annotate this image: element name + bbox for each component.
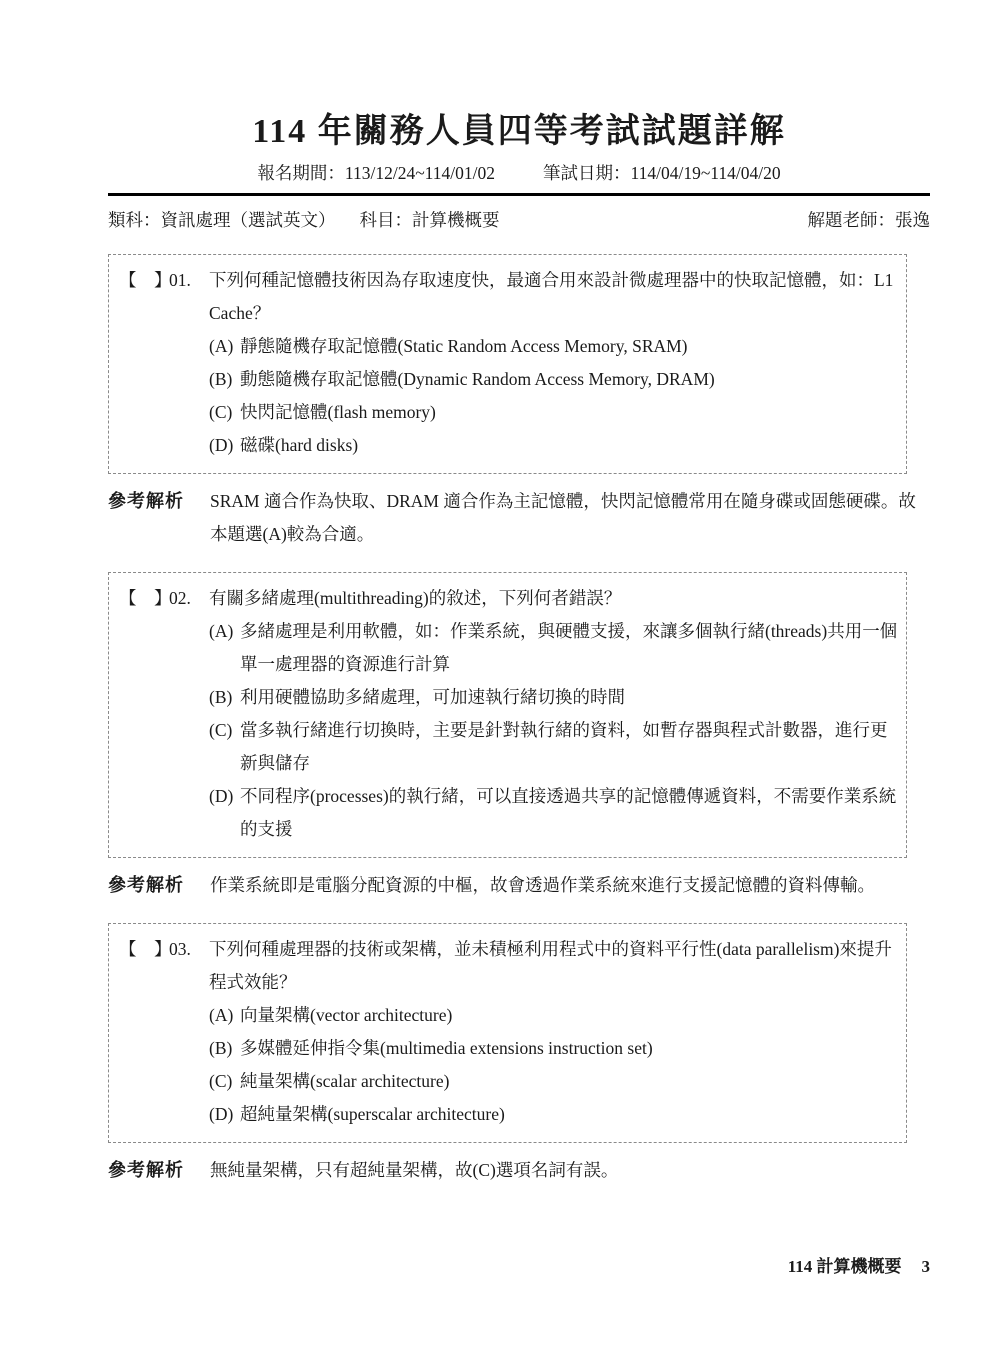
option-text: 當多執行緒進行切換時，主要是針對執行緒的資料，如暫存器與程式計數器，進行更新與儲… (240, 714, 898, 780)
page-footer: 114 計算機概要 3 (788, 1252, 930, 1277)
question-stem: 下列何種記憶體技術因為存取速度快，最適合用來設計微處理器中的快取記憶體，如：L1… (209, 264, 898, 330)
exam-dates-row: 報名期間：113/12/24~114/01/02 筆試日期：114/04/19~… (108, 160, 930, 186)
option-text: 超純量架構(superscalar architecture) (240, 1098, 898, 1131)
option-label: (A) (209, 999, 240, 1032)
option-text: 動態隨機存取記憶體(Dynamic Random Access Memory, … (240, 363, 898, 396)
option-label: (C) (209, 714, 240, 780)
footer-subject-label: 114 計算機概要 (788, 1252, 902, 1277)
answer-bracket: 【 】 (119, 933, 169, 999)
option-row: (C) 快閃記憶體(flash memory) (119, 396, 898, 429)
analysis-block-02: 參考解析 作業系統即是電腦分配資源的中樞，故會透過作業系統來進行支援記憶體的資料… (108, 869, 920, 902)
question-stem-row: 【 】 02. 有關多緒處理(multithreading)的敘述，下列何者錯誤… (119, 582, 898, 615)
option-text: 不同程序(processes)的執行緒，可以直接透過共享的記憶體傳遞資料，不需要… (240, 780, 898, 846)
option-text: 靜態隨機存取記憶體(Static Random Access Memory, S… (240, 330, 898, 363)
option-label: (D) (209, 780, 240, 846)
question-box-01: 【 】 01. 下列何種記憶體技術因為存取速度快，最適合用來設計微處理器中的快取… (108, 254, 907, 474)
option-text: 向量架構(vector architecture) (240, 999, 898, 1032)
option-label: (D) (209, 1098, 240, 1131)
analysis-text: 作業系統即是電腦分配資源的中樞，故會透過作業系統來進行支援記憶體的資料傳輸。 (210, 869, 920, 902)
question-stem-row: 【 】 03. 下列何種處理器的技術或架構，並未積極利用程式中的資料平行性(da… (119, 933, 898, 999)
option-row: (A) 向量架構(vector architecture) (119, 999, 898, 1032)
option-row: (C) 當多執行緒進行切換時，主要是針對執行緒的資料，如暫存器與程式計數器，進行… (119, 714, 898, 780)
question-stem-row: 【 】 01. 下列何種記憶體技術因為存取速度快，最適合用來設計微處理器中的快取… (119, 264, 898, 330)
answer-bracket: 【 】 (119, 582, 169, 615)
analysis-block-03: 參考解析 無純量架構，只有超純量架構，故(C)選項名詞有誤。 (108, 1154, 920, 1187)
exam-category: 類科：資訊處理（選試英文） (108, 207, 336, 233)
option-label: (A) (209, 615, 240, 681)
header-divider (108, 193, 930, 196)
option-row: (B) 動態隨機存取記憶體(Dynamic Random Access Memo… (119, 363, 898, 396)
option-text: 磁碟(hard disks) (240, 429, 898, 462)
option-row: (C) 純量架構(scalar architecture) (119, 1065, 898, 1098)
option-label: (D) (209, 429, 240, 462)
analysis-label: 參考解析 (108, 869, 210, 902)
option-label: (B) (209, 1032, 240, 1065)
option-row: (A) 多緒處理是利用軟體，如：作業系統，與硬體支援，來讓多個執行緒(threa… (119, 615, 898, 681)
option-label: (A) (209, 330, 240, 363)
option-text: 純量架構(scalar architecture) (240, 1065, 898, 1098)
analysis-label: 參考解析 (108, 485, 210, 551)
analysis-label: 參考解析 (108, 1154, 210, 1187)
question-box-02: 【 】 02. 有關多緒處理(multithreading)的敘述，下列何者錯誤… (108, 572, 907, 858)
option-label: (B) (209, 363, 240, 396)
option-text: 多緒處理是利用軟體，如：作業系統，與硬體支援，來讓多個執行緒(threads)共… (240, 615, 898, 681)
answer-bracket: 【 】 (119, 264, 169, 330)
question-number: 03. (169, 933, 209, 999)
analysis-text: 無純量架構，只有超純量架構，故(C)選項名詞有誤。 (210, 1154, 920, 1187)
page-content: 114 年關務人員四等考試試題詳解 報名期間：113/12/24~114/01/… (108, 0, 930, 1187)
option-label: (C) (209, 1065, 240, 1098)
written-exam-date: 筆試日期：114/04/19~114/04/20 (543, 160, 781, 186)
option-text: 快閃記憶體(flash memory) (240, 396, 898, 429)
option-row: (B) 多媒體延伸指令集(multimedia extensions instr… (119, 1032, 898, 1065)
option-row: (D) 超純量架構(superscalar architecture) (119, 1098, 898, 1131)
page-title: 114 年關務人員四等考試試題詳解 (108, 110, 930, 154)
question-stem: 有關多緒處理(multithreading)的敘述，下列何者錯誤？ (209, 582, 898, 615)
option-text: 利用硬體協助多緒處理，可加速執行緒切換的時間 (240, 681, 898, 714)
analysis-text: SRAM 適合作為快取、DRAM 適合作為主記憶體，快閃記憶體常用在隨身碟或固態… (210, 485, 920, 551)
option-text: 多媒體延伸指令集(multimedia extensions instructi… (240, 1032, 898, 1065)
exam-solver: 解題老師：張逸 (808, 207, 931, 233)
option-row: (B) 利用硬體協助多緒處理，可加速執行緒切換的時間 (119, 681, 898, 714)
registration-period: 報名期間：113/12/24~114/01/02 (257, 160, 495, 186)
option-label: (C) (209, 396, 240, 429)
exam-meta-row: 類科：資訊處理（選試英文） 科目：計算機概要 解題老師：張逸 (108, 207, 930, 233)
question-box-03: 【 】 03. 下列何種處理器的技術或架構，並未積極利用程式中的資料平行性(da… (108, 923, 907, 1143)
footer-page-number: 3 (922, 1257, 931, 1277)
analysis-block-01: 參考解析 SRAM 適合作為快取、DRAM 適合作為主記憶體，快閃記憶體常用在隨… (108, 485, 920, 551)
exam-subject: 科目：計算機概要 (360, 207, 500, 233)
option-row: (A) 靜態隨機存取記憶體(Static Random Access Memor… (119, 330, 898, 363)
question-number: 01. (169, 264, 209, 330)
exam-meta-left: 類科：資訊處理（選試英文） 科目：計算機概要 (108, 207, 500, 233)
option-row: (D) 磁碟(hard disks) (119, 429, 898, 462)
option-row: (D) 不同程序(processes)的執行緒，可以直接透過共享的記憶體傳遞資料… (119, 780, 898, 846)
document-page: 114 年關務人員四等考試試題詳解 報名期間：113/12/24~114/01/… (0, 0, 1000, 1353)
option-label: (B) (209, 681, 240, 714)
question-stem: 下列何種處理器的技術或架構，並未積極利用程式中的資料平行性(data paral… (209, 933, 898, 999)
question-number: 02. (169, 582, 209, 615)
